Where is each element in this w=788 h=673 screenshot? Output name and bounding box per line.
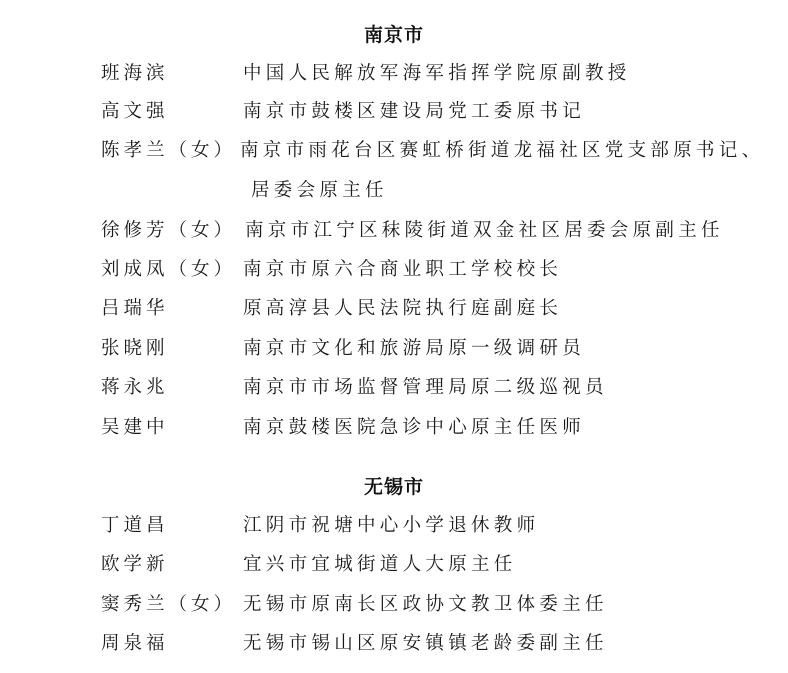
person-title: 南京市原六合商业职工学校校长: [243, 256, 562, 284]
person-title: 南京鼓楼医院急诊中心原主任医师: [243, 414, 585, 442]
person-title: 无锡市原南长区政协文教卫体委主任: [243, 591, 608, 619]
person-name: 丁道昌: [101, 512, 169, 540]
person-name: 班海滨: [101, 60, 169, 88]
person-title-continued: 居委会原主任: [251, 177, 388, 205]
person-title: 宜兴市宜城街道人大原主任: [243, 551, 517, 579]
person-name: 欧学新: [101, 551, 169, 579]
person-name: 吕瑞华: [101, 295, 169, 323]
section-heading-wuxi: 无锡市: [0, 472, 788, 499]
person-name: 张晓刚: [101, 335, 169, 363]
person-name: 吴建中: [101, 414, 169, 442]
person-name: 刘成凤（女）: [101, 256, 236, 284]
section-heading-nanjing: 南京市: [0, 20, 788, 47]
person-name: 高文强: [101, 98, 169, 126]
person-title: 南京市文化和旅游局原一级调研员: [243, 335, 585, 363]
person-title: 无锡市锡山区原安镇镇老龄委副主任: [243, 630, 608, 658]
person-title: 南京市雨花台区赛虹桥街道龙福社区党支部原书记、: [240, 137, 764, 165]
person-title: 南京市鼓楼区建设局党工委原书记: [243, 98, 585, 126]
person-name: 徐修芳（女）: [101, 217, 236, 245]
person-title: 南京市市场监督管理局原二级巡视员: [243, 374, 608, 402]
person-title: 南京市江宁区秣陵街道双金社区居委会原副主任: [245, 217, 724, 245]
person-name: 蒋永兆: [101, 374, 169, 402]
person-title: 江阴市祝塘中心小学退休教师: [243, 512, 539, 540]
person-title: 中国人民解放军海军指挥学院原副教授: [243, 60, 631, 88]
person-name: 陈孝兰（女）: [101, 137, 236, 165]
person-name: 周泉福: [101, 630, 169, 658]
person-title: 原高淳县人民法院执行庭副庭长: [243, 295, 562, 323]
person-name: 窦秀兰（女）: [101, 591, 236, 619]
